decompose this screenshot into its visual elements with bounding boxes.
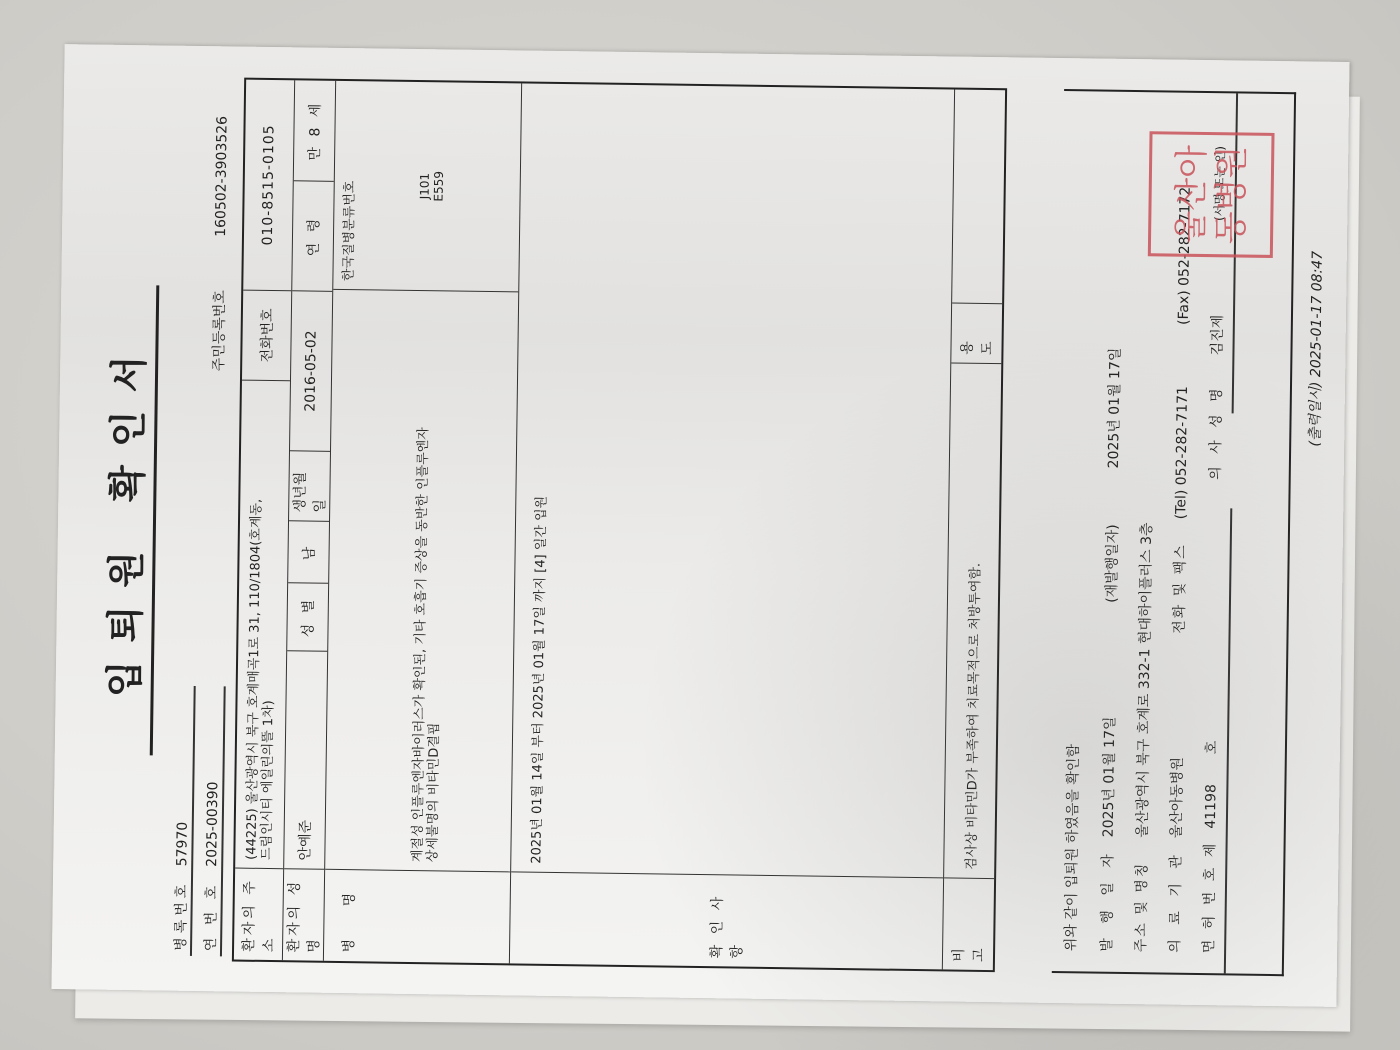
serial-number-value: 2025-00390 <box>204 781 221 866</box>
document-page: 입퇴원 확인서 병록번호 57970 연 번 호 2025-00390 주민등록… <box>51 44 1349 1007</box>
document-title: 입퇴원 확인서 <box>89 45 157 991</box>
contact-label: 전화 및 팩스 <box>1169 524 1191 634</box>
age-label: 연 령 <box>292 180 334 291</box>
name-value: 안예준 <box>284 650 327 869</box>
diagnosis-label: 병 명 <box>324 869 510 964</box>
diagnosis-line-2: 상세불명의 비타민D결핍 <box>425 722 442 862</box>
record-number: 병록번호 57970 <box>170 822 192 951</box>
serial-number-label: 연 번 호 <box>200 871 221 951</box>
sex-value: 남 <box>288 520 329 583</box>
kcd-column: 한국질병분류번호 J101 E559 <box>333 81 521 292</box>
issue-date-value: 2025년 01월 17일 <box>1098 607 1121 837</box>
divider <box>1224 508 1232 973</box>
institution-value: 울산아동병원 <box>1166 638 1189 838</box>
patient-table: 환자의 주소 (44225) 울산광역시 북구 호계매곡1로 31, 110/1… <box>232 78 1007 973</box>
kcd-code-1: J101 <box>418 173 432 200</box>
dob-label: 생년월일 <box>289 450 330 521</box>
resident-number-label: 주민등록번호 <box>208 241 230 371</box>
resident-number: 주민등록번호 160502-3903526 <box>208 116 232 372</box>
confirmation-label: 확 인 사 항 <box>510 871 943 969</box>
record-number-label: 병록번호 <box>170 871 191 951</box>
resident-number-value: 160502-3903526 <box>213 116 231 237</box>
institution-line: 의 료 기 관 울산아동병원 전화 및 팩스 (Tel) 052-282-717… <box>1164 187 1195 953</box>
kcd-code-2: E559 <box>431 171 445 202</box>
license-suffix: 호 <box>1201 484 1225 754</box>
confirmation-row: 확 인 사 항 2025년 01월 14일 부터 2025년 01월 17일 까… <box>510 83 955 969</box>
hospital-seal-stamp: 울산아동병원 <box>1148 131 1275 258</box>
reissue-date-value: 2025년 01월 17일 <box>1106 348 1124 469</box>
institution-label: 의 료 기 관 <box>1164 843 1186 953</box>
tel-value: (Tel) 052-282-7171 <box>1173 329 1192 519</box>
doctor-label: 의 사 성 명 <box>1205 360 1227 480</box>
institution-address-label: 주소 및 명칭 <box>1130 842 1152 952</box>
reissue-label: (재발행일자) <box>1101 473 1123 603</box>
diagnosis-row: 병 명 계절성 인플루엔자바이러스가 확인된, 기타 호흡기 증상을 동반한 인… <box>324 81 522 964</box>
age-value: 만 8 세 <box>294 80 335 181</box>
confirmation-value: 2025년 01월 14일 부터 2025년 01월 17일 까지 [4] 일간… <box>511 83 954 877</box>
purpose-value <box>952 90 1005 304</box>
issue-date-label: 발 행 일 자 <box>1096 842 1118 952</box>
address-line: 주소 및 명칭 울산광역시 북구 호계로 332-1 현대하이플러스 3층 <box>1130 522 1156 952</box>
remarks-label: 비 고 <box>943 877 994 970</box>
sex-label: 성 별 <box>287 582 328 651</box>
form: 입퇴원 확인서 병록번호 57970 연 번 호 2025-00390 주민등록… <box>51 44 1349 1007</box>
serial-number: 연 번 호 2025-00390 <box>200 781 222 951</box>
printed-timestamp: (출력일시) 2025-01-17 08:47 <box>1304 251 1327 447</box>
license-number: 41198 <box>1203 759 1220 829</box>
address-line-2: 드림인시티 에일린의뜰 1차) <box>259 700 276 860</box>
institution-address-value: 울산광역시 북구 호계로 332-1 현대하이플러스 3층 <box>1135 522 1155 837</box>
certification-statement: 위와 같이 입퇴원 하였음을 확인함 <box>1060 744 1083 951</box>
license-line: 면 허 번 호 제 41198 호 의 사 성 명 김진제 (서명 또는 인) <box>1198 146 1229 953</box>
issue-date-line: 발 행 일 자 2025년 01월 17일 (재발행일자) 2025년 01월 … <box>1096 348 1124 952</box>
kcd-label: 한국질병분류번호 <box>337 180 357 281</box>
license-label: 면 허 번 호 제 <box>1198 833 1220 953</box>
record-number-value: 57970 <box>174 822 191 867</box>
diagnosis-value: 계절성 인플루엔자바이러스가 확인된, 기타 호흡기 증상을 동반한 인플루엔자… <box>325 289 518 872</box>
phone-label: 전화번호 <box>242 290 291 381</box>
name-label: 환자의 성명 <box>283 868 324 961</box>
remarks-value: 검사상 비타민D가 부족하여 치료목적으로 처방투여함. <box>944 362 1001 878</box>
purpose-label: 용 도 <box>951 302 1002 363</box>
address-value: (44225) 울산광역시 북구 호계매곡1로 31, 110/1804(호계동… <box>235 380 290 869</box>
address-label: 환자의 주소 <box>234 868 283 961</box>
phone-value: 010-8515-0105 <box>243 80 294 291</box>
dob-value: 2016-05-02 <box>290 290 332 451</box>
